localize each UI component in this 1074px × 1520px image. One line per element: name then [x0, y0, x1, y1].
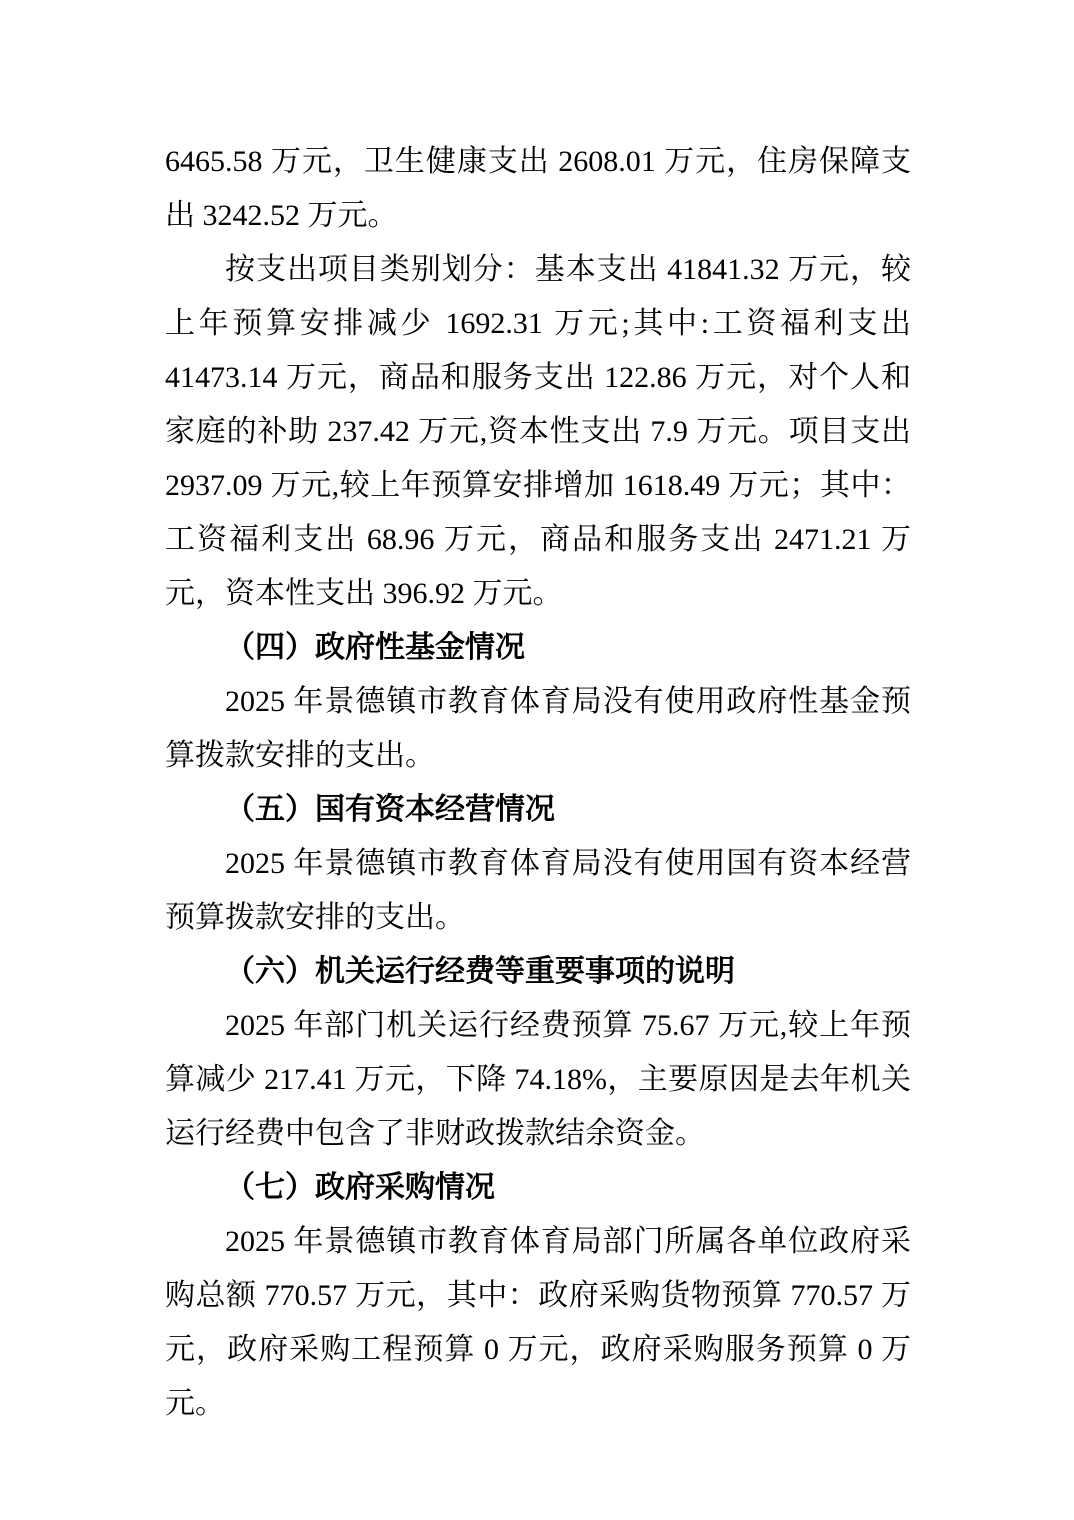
paragraph-5: 2025 年景德镇市教育体育局没有使用国有资本经营预算拨款安排的支出。	[165, 837, 911, 945]
paragraph-1: 按支出项目类别划分：基本支出 41841.32 万元，较上年预算安排减少 169…	[165, 243, 911, 621]
section-heading-4: （五）国有资本经营情况	[165, 783, 911, 837]
section-heading-6: （六）机关运行经费等重要事项的说明	[165, 945, 911, 999]
paragraph-3: 2025 年景德镇市教育体育局没有使用政府性基金预算拨款安排的支出。	[165, 675, 911, 783]
paragraph-7: 2025 年部门机关运行经费预算 75.67 万元,较上年预算减少 217.41…	[165, 999, 911, 1161]
paragraph-9: 2025 年景德镇市教育体育局部门所属各单位政府采购总额 770.57 万元，其…	[165, 1215, 911, 1431]
section-heading-2: （四）政府性基金情况	[165, 621, 911, 675]
section-heading-8: （七）政府采购情况	[165, 1161, 911, 1215]
paragraph-0: 6465.58 万元，卫生健康支出 2608.01 万元，住房保障支出 3242…	[165, 135, 911, 243]
document-page: 6465.58 万元，卫生健康支出 2608.01 万元，住房保障支出 3242…	[0, 0, 1074, 1520]
document-body: 6465.58 万元，卫生健康支出 2608.01 万元，住房保障支出 3242…	[165, 135, 911, 1431]
